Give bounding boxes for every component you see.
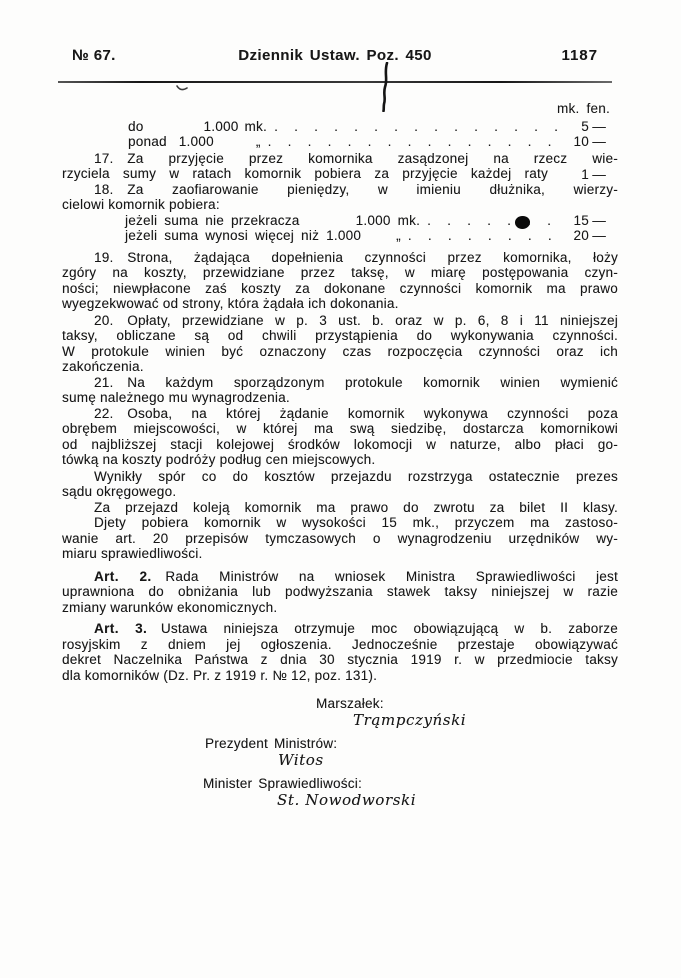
signature-name: St. Nowodworski <box>277 792 618 809</box>
tariff-row-label: jeżeli suma nie przekracza 1.000 mk. <box>125 213 420 229</box>
article-3: Art. 3. Ustawa niniejsza otrzymuje moc o… <box>62 621 618 683</box>
tariff-fen-value: — <box>589 134 606 150</box>
article-2: Art. 2. Rada Ministrów na wniosek Minist… <box>62 569 618 616</box>
paragraph-line: od najbliższej stacji kolejowej środków … <box>62 437 618 453</box>
tariff-fen-value: — <box>589 167 606 183</box>
paragraph-line: sumę należnego mu wynagrodzenia. <box>62 390 618 406</box>
paragraph-line: Wynikły spór co do kosztów przejazdu roz… <box>62 469 618 485</box>
page-title: Dziennik Ustaw. Poz. 450 <box>212 47 458 64</box>
paragraph-line: 20. Opłaty, przewidziane w p. 3 ust. b. … <box>62 313 618 329</box>
paragraph-line: sądu okręgowego. <box>62 484 618 500</box>
tariff-fen-value: — <box>589 228 606 244</box>
paragraph-line: zakończenia. <box>62 359 618 375</box>
tariff-row-label: ponad 1.000 „ <box>128 134 261 150</box>
document-body: mk. fen. do 1.000 mk. . . . . . . . . . … <box>62 101 618 815</box>
tariff-row: ponad 1.000 „ . . . . . . . . . . . . . … <box>62 134 618 150</box>
signature-title: Prezydent Ministrów: <box>205 735 618 752</box>
paragraph-line: W protokule winien być oznaczony czas ro… <box>62 344 618 360</box>
ink-blot-artifact <box>515 216 530 229</box>
paragraph-line: rosyjskim z dniem jej ogłoszenia. Jednoc… <box>62 637 618 653</box>
dot-leader: . . . . . . . . . . . . . . . . . . . . <box>267 119 562 135</box>
currency-column-header: mk. fen. <box>62 101 618 117</box>
signature-title: Minister Sprawiedliwości: <box>203 775 618 792</box>
paragraph-diety: Djety pobiera komornik w wysokości 15 mk… <box>62 515 618 562</box>
paragraph-line: 19. Strona, żądająca dopełnienia czynnoś… <box>62 250 618 266</box>
page-header: № 67. Dziennik Ustaw. Poz. 450 1187 <box>62 47 618 64</box>
paragraph-line: obrębem miejscowości, w której ma swą si… <box>62 421 618 437</box>
paragraph-line: cielowi komornik pobiera: <box>62 197 618 213</box>
paragraph-line: dla komorników (Dz. Pr. z 1919 r. № 12, … <box>62 668 618 684</box>
paragraph-line: Art. 2. Rada Ministrów na wniosek Minist… <box>62 569 618 585</box>
tariff-subrow: jeżeli suma wynosi więcej niż 1.000 „ . … <box>62 228 618 244</box>
tariff-row: do 1.000 mk. . . . . . . . . . . . . . .… <box>62 119 618 135</box>
paragraph-line: wyegzekwować od strony, która żądała ich… <box>62 296 618 312</box>
article-text: Rada Ministrów na wniosek Ministra Spraw… <box>152 569 618 584</box>
paragraph-21: 21. Na każdym sporządzonym protokule kom… <box>62 375 618 406</box>
tariff-mk-value: 20 <box>562 228 589 244</box>
paragraph-line: uprawniona do obniżania lub podwyższania… <box>62 584 618 600</box>
issue-number: № 67. <box>62 47 212 64</box>
signature-title: Marszałek: <box>316 695 618 712</box>
dot-leader: . . . . . . . . . . . . . . . . . . . . <box>401 228 562 244</box>
paragraph-line: miaru sprawiedliwości. <box>62 546 618 562</box>
paragraph-line: Za przejazd koleją komornik ma prawo do … <box>62 500 618 516</box>
paragraph-20: 20. Opłaty, przewidziane w p. 3 ust. b. … <box>62 313 618 375</box>
dot-leader: . . . . . . . . . . . . . . . . . . . . <box>420 213 562 229</box>
tariff-subrow: jeżeli suma nie przekracza 1.000 mk. . .… <box>62 213 618 229</box>
tariff-mk-value: 5 <box>562 119 589 135</box>
tariff-mk-value: 15 <box>562 213 589 229</box>
tariff-fen-value: — <box>589 213 606 229</box>
article-text: Ustawa niniejsza otrzymuje moc obowiązuj… <box>147 621 618 636</box>
signature-block: Marszałek: Trąmpczyński Prezydent Minist… <box>62 695 618 809</box>
paragraph-22: 22. Osoba, na której żądanie komornik wy… <box>62 406 618 468</box>
paragraph-line: zmiany warunków ekonomicznych. <box>62 600 618 616</box>
paragraph-dispute: Wynikły spór co do kosztów przejazdu roz… <box>62 469 618 500</box>
scan-speck <box>176 85 188 92</box>
header-rule <box>58 81 612 83</box>
paragraph-line: 22. Osoba, na której żądanie komornik wy… <box>62 406 618 422</box>
tariff-mk-value: 10 <box>562 134 589 150</box>
paragraph-line: ności; niewpłacone zaś koszty za dokonan… <box>62 281 618 297</box>
dot-leader: . . . . . . . . . . . . . . . . . . . . <box>261 134 562 150</box>
paragraph-19: 19. Strona, żądająca dopełnienia czynnoś… <box>62 250 618 312</box>
paragraph-line: taksy, obliczane są od chwili przystąpie… <box>62 328 618 344</box>
paragraph-line: dekret Naczelnika Państwa z dnia 30 styc… <box>62 652 618 668</box>
paragraph-line: 17. Za przyjęcie przez komornika zasądzo… <box>62 151 618 167</box>
tariff-mk-value: 1 <box>562 167 589 183</box>
document-page: № 67. Dziennik Ustaw. Poz. 450 1187 mk. … <box>0 0 681 978</box>
paragraph-line: 18. Za zaofiarowanie pieniędzy, w imieni… <box>62 182 618 198</box>
paragraph-line: tówką na koszty podróży podług cen miejs… <box>62 452 618 468</box>
paragraph-line: 21. Na każdym sporządzonym protokule kom… <box>62 375 618 391</box>
signature-name: Witos <box>278 752 618 769</box>
paragraph-line: rzyciela sumy w ratach komornik pobiera … <box>62 166 618 182</box>
paragraph-17: 17. Za przyjęcie przez komornika zasądzo… <box>62 151 618 182</box>
paragraph-line: wanie art. 20 przepisów tymczasowych o w… <box>62 531 618 547</box>
paragraph-line: Djety pobiera komornik w wysokości 15 mk… <box>62 515 618 531</box>
paragraph-line: zgóry na koszty, przewidziane przez taks… <box>62 265 618 281</box>
tariff-fen-value: — <box>589 119 606 135</box>
paragraph-line: Art. 3. Ustawa niniejsza otrzymuje moc o… <box>62 621 618 637</box>
page-number: 1187 <box>458 47 618 64</box>
signature-name: Trąmpczyński <box>353 712 618 729</box>
paragraph-18: 18. Za zaofiarowanie pieniędzy, w imieni… <box>62 182 618 244</box>
article-label: Art. 2. <box>94 569 152 584</box>
paragraph-rail: Za przejazd koleją komornik ma prawo do … <box>62 500 618 516</box>
tariff-row-label: jeżeli suma wynosi więcej niż 1.000 „ <box>125 228 401 244</box>
article-label: Art. 3. <box>94 621 147 636</box>
tariff-row-label: do 1.000 mk. <box>128 119 267 135</box>
